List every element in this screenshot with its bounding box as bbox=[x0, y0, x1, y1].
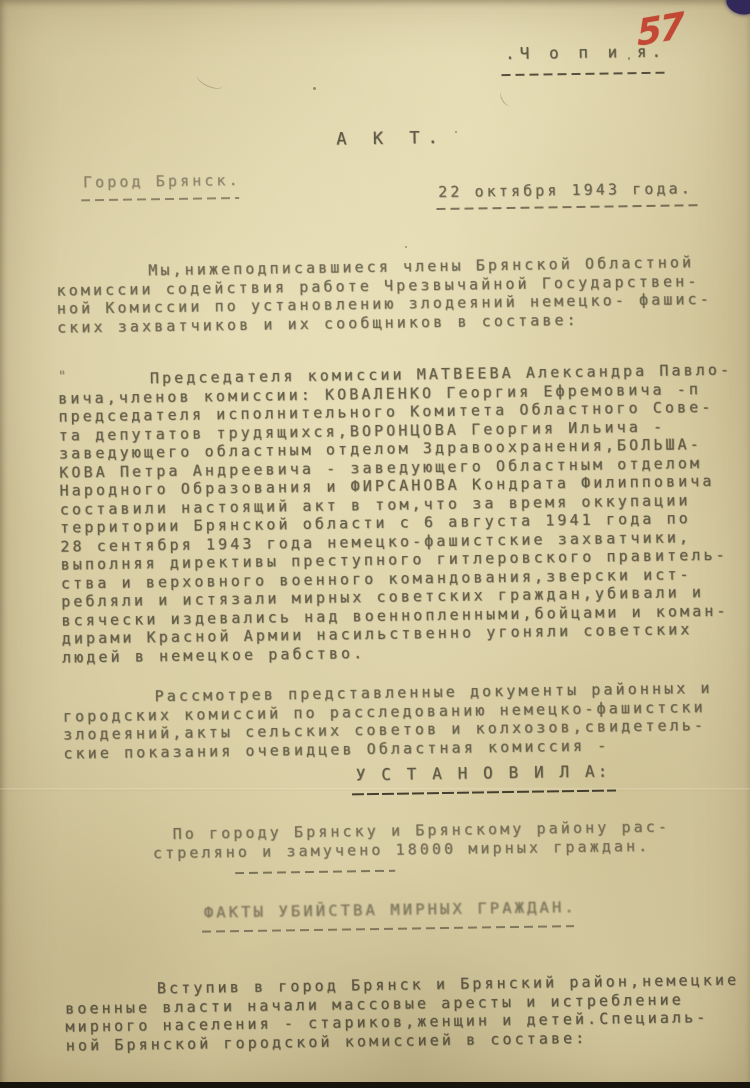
document-title: А К Т. bbox=[336, 128, 446, 150]
paragraph-preamble: Мы,нижеподписавшиеся члены Брянской Обла… bbox=[56, 253, 712, 337]
facts-underline bbox=[202, 925, 574, 933]
date-underline bbox=[436, 204, 702, 210]
date-line: 22 октября 1943 года. bbox=[438, 179, 693, 201]
place-line: Город Брянск. bbox=[83, 171, 241, 191]
paragraph-commission: Председателя комиссии МАТВЕЕВА Александр… bbox=[58, 361, 737, 667]
paragraph-findings: По городу Брянску и Брянскому району рас… bbox=[153, 818, 671, 863]
findings-underline bbox=[235, 870, 395, 875]
copy-label-underline bbox=[501, 72, 669, 77]
paragraph-review: Рассмотрев представленные документы райо… bbox=[62, 679, 713, 763]
facts-heading: ФАКТЫ УБИЙСТВА МИРНЫХ ГРАЖДАН. bbox=[204, 898, 577, 922]
place-underline bbox=[81, 197, 239, 202]
resolution-underline bbox=[352, 789, 616, 795]
paragraph-entry: Вступив в город Брянск и Брянский район,… bbox=[65, 971, 740, 1055]
resolution-heading: У С Т А Н О В И Л А: bbox=[356, 762, 611, 785]
typed-content: 57 .Ч о п и я. А К Т. Город Брянск. 22 о… bbox=[0, 0, 750, 1088]
document-scan: 57 .Ч о п и я. А К Т. Город Брянск. 22 о… bbox=[0, 0, 750, 1088]
copy-label: .Ч о п и я. bbox=[505, 42, 666, 63]
